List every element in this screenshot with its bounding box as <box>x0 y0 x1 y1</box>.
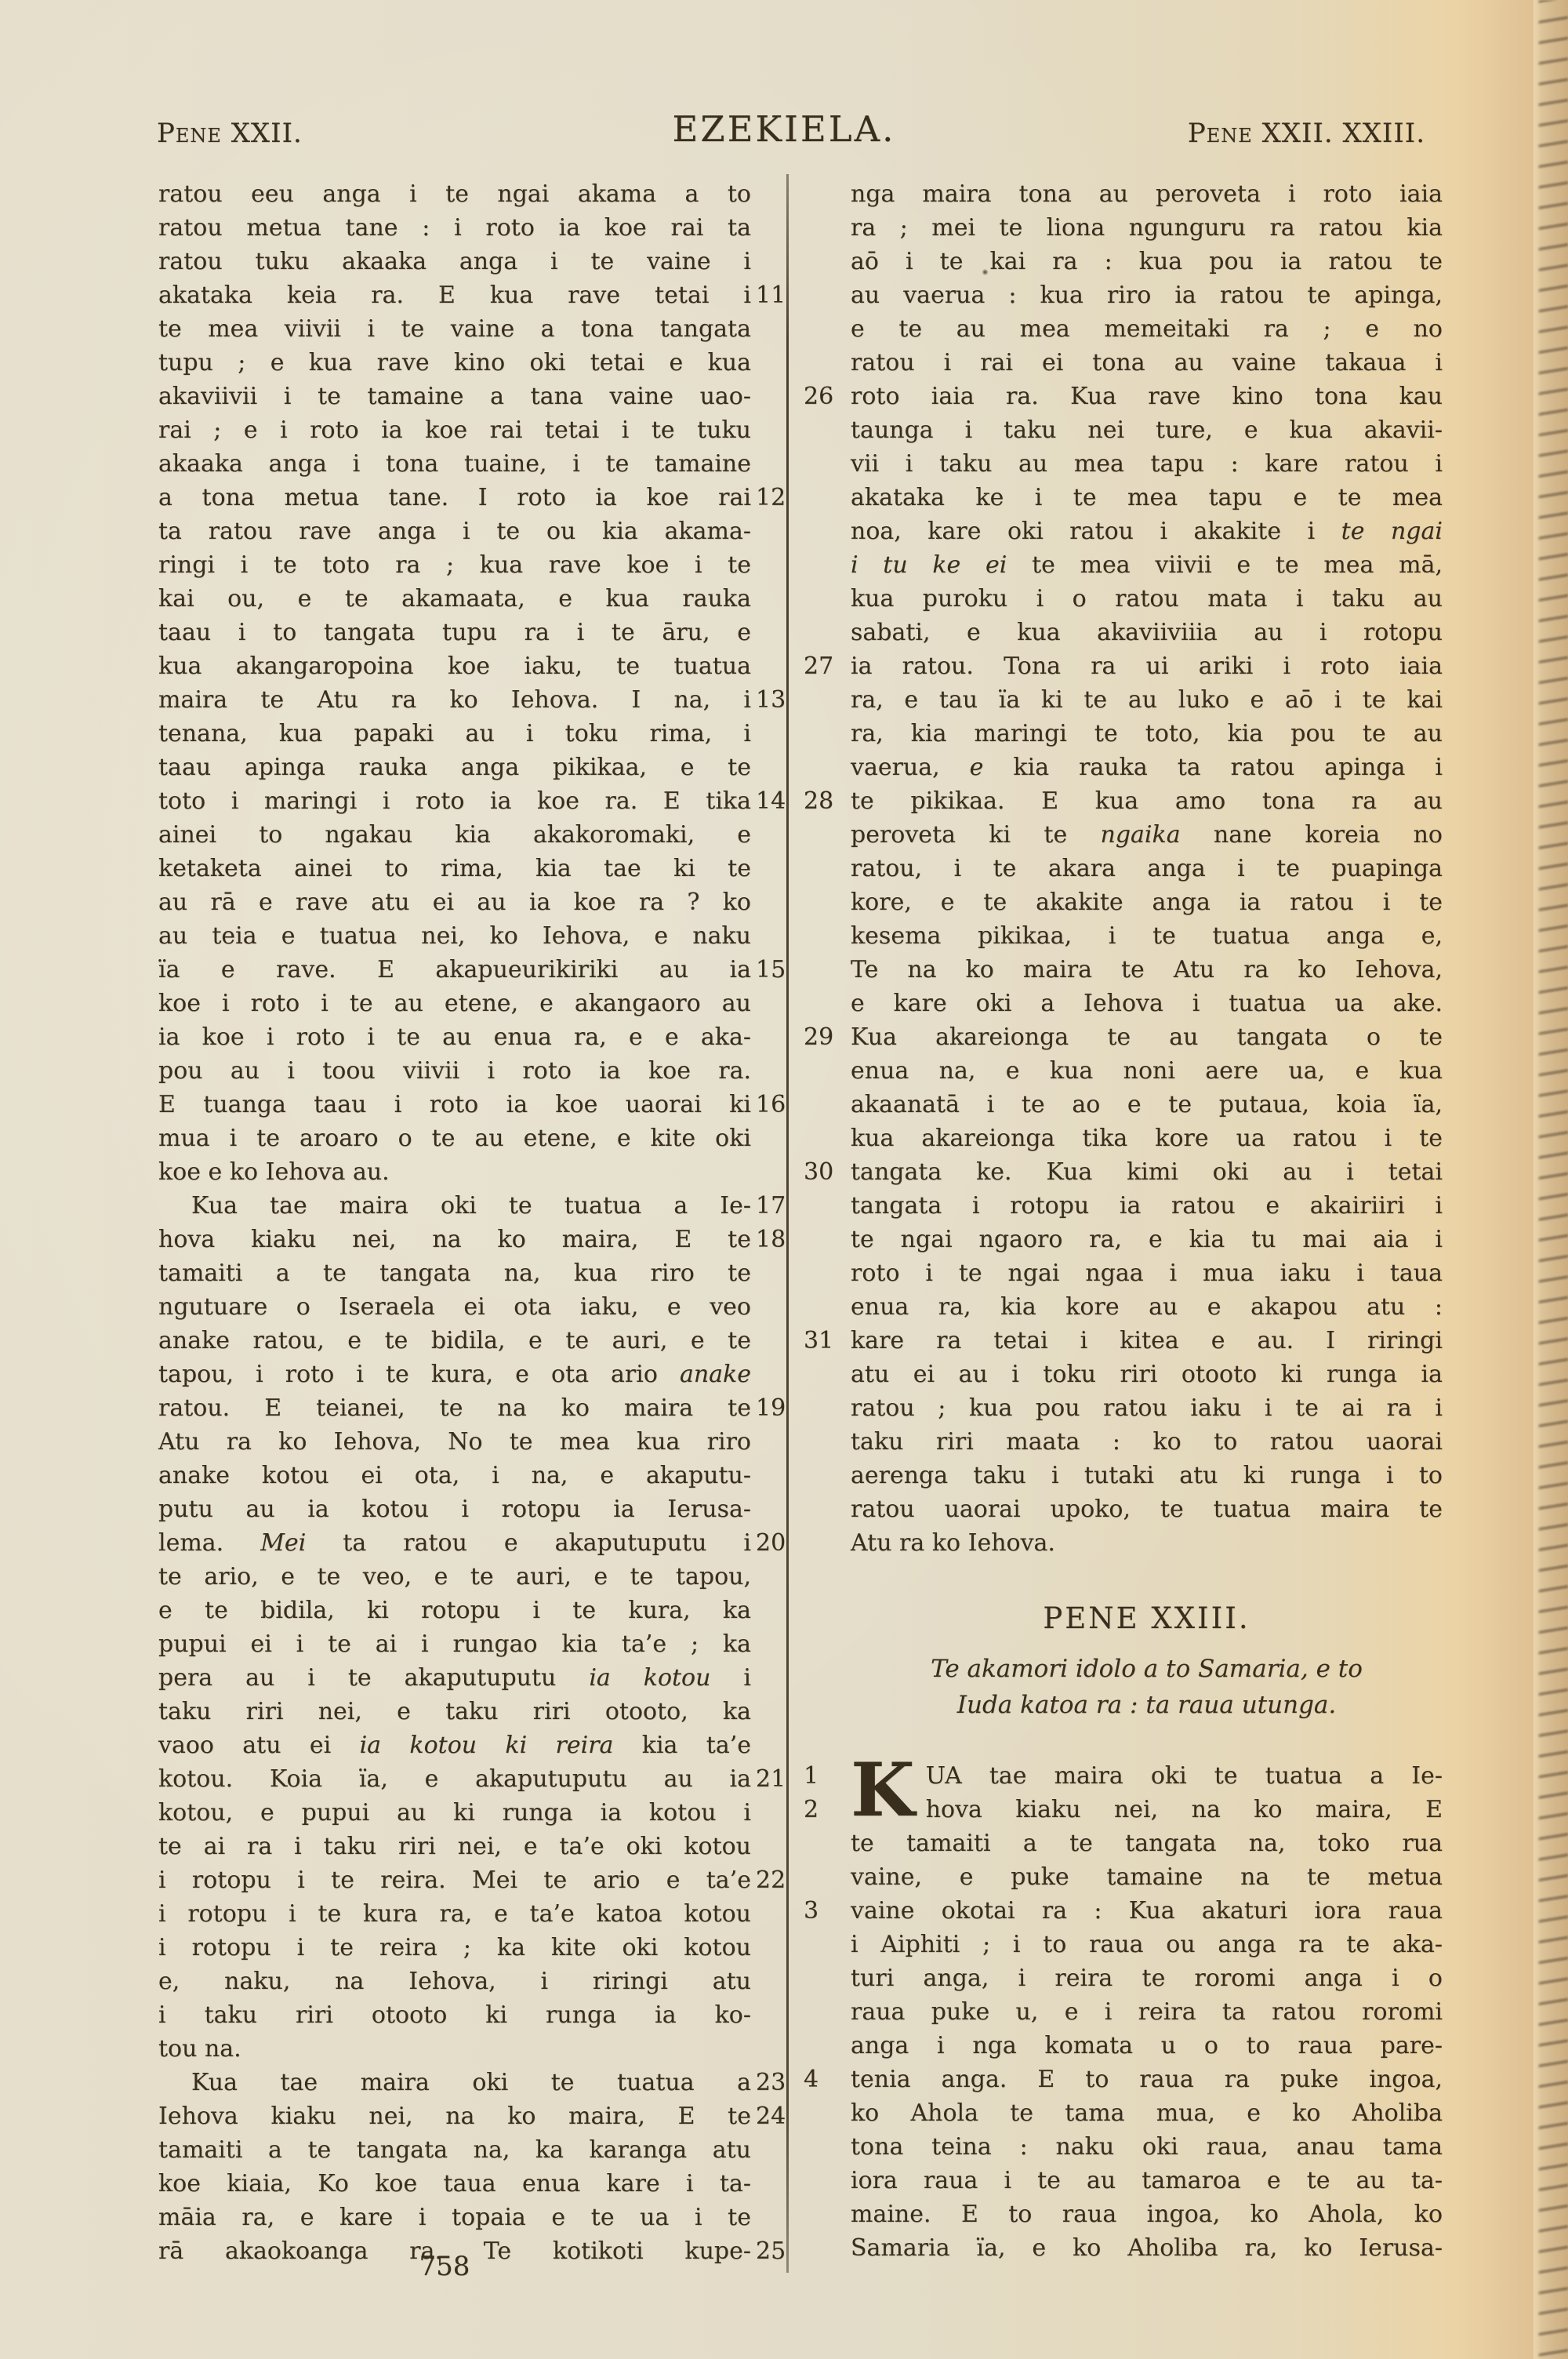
text-line-content: au rā e rave atu ei au ia koe ra ? ko <box>158 889 751 916</box>
text-line: roto i te ngai ngaa i mua iaku i taua <box>851 1256 1443 1290</box>
text-line-content: ratou. E teianei, te na ko maira te <box>158 1394 751 1422</box>
verse-number: 19 <box>756 1391 803 1425</box>
text-line: noa, kare oki ratou i akakite i te ngai <box>851 514 1443 548</box>
text-line-content: lema. Mei ta ratou e akaputuputu i <box>158 1529 751 1557</box>
text-line-content: pupui ei i te ai i rungao kia ta’e ; ka <box>158 1630 751 1658</box>
text-line-content: UA tae maira oki te tuatua a Ie- <box>926 1762 1443 1790</box>
text-line-content: raua puke u, e i reira ta ratou roromi <box>851 1998 1443 2026</box>
text-line-content: te pikikaa. E kua amo tona ra au <box>851 787 1443 815</box>
text-line: ratou ; kua pou ratou iaku i te ai ra i <box>851 1391 1443 1425</box>
text-line: ratou. E teianei, te na ko maira te19 <box>158 1391 751 1425</box>
text-line-content: anga i nga komata u o to raua pare- <box>851 2032 1443 2059</box>
text-line-content: sabati, e kua akaviiviiia au i rotopu <box>851 619 1443 646</box>
text-line-content: i tu ke ei te mea viivii e te mea mā, <box>851 551 1443 579</box>
verse-number: 18 <box>756 1223 803 1256</box>
text-line-content: anake ratou, e te bidila, e te auri, e t… <box>158 1327 751 1354</box>
text-line: enua ra, kia kore au e akapou atu : <box>851 1290 1443 1324</box>
verse-number: 28 <box>804 784 848 818</box>
verse-number: 4 <box>804 2063 848 2096</box>
text-line: māia ra, e kare i topaia e te ua i te <box>158 2201 751 2234</box>
text-line-content: e te au mea memeitaki ra ; e no <box>851 315 1443 343</box>
text-line: ra ; mei te liona ngunguru ra ratou kia <box>851 211 1443 245</box>
verse-number: 27 <box>804 649 848 683</box>
text-line: ta ratou rave anga i te ou kia akama- <box>158 514 751 548</box>
text-line-content: Atu ra ko Iehova, No te mea kua riro <box>158 1428 751 1456</box>
text-line-content: ratou eeu anga i te ngai akama a to <box>158 180 751 208</box>
text-line-content: kai ou, e te akamaata, e kua rauka <box>158 585 751 612</box>
verse-number: 15 <box>756 953 803 987</box>
text-line: tupu ; e kua rave kino oki tetai e kua <box>158 346 751 380</box>
page-number: 758 <box>419 2251 470 2282</box>
text-line: taunga i taku nei ture, e kua akavii- <box>851 413 1443 447</box>
text-line: roto iaia ra. Kua rave kino tona kau26 <box>851 380 1443 413</box>
verse-number: 23 <box>756 2066 803 2099</box>
text-line: vaoo atu ei ia kotou ki reira kia ta’e <box>158 1728 751 1762</box>
text-line: Iehova kiaku nei, na ko maira, E te24 <box>158 2099 751 2133</box>
text-line: i tu ke ei te mea viivii e te mea mā, <box>851 548 1443 582</box>
text-line: hova kiaku nei, na ko maira, E2 <box>851 1793 1443 1826</box>
verse-number: 25 <box>756 2234 803 2268</box>
text-line-content: toto i maringi i roto ia koe ra. E tika <box>158 787 751 815</box>
text-line-content: enua ra, kia kore au e akapou atu : <box>851 1293 1443 1321</box>
verse-number: 14 <box>756 784 803 818</box>
text-line: taau apinga rauka anga pikikaa, e te <box>158 751 751 784</box>
text-line-content: taau apinga rauka anga pikikaa, e te <box>158 754 751 781</box>
text-line-content: ra, kia maringi te toto, kia pou te au <box>851 720 1443 747</box>
text-line-content: au vaerua : kua riro ia ratou te apinga, <box>851 282 1443 309</box>
text-line-content: Te na ko maira te Atu ra ko Iehova, <box>851 956 1443 983</box>
text-line: a tona metua tane. I roto ia koe rai12 <box>158 481 751 514</box>
text-line-content: ra, e tau ïa ki te au luko e aō i te kai <box>851 686 1443 714</box>
text-line-content: vaoo atu ei ia kotou ki reira kia ta’e <box>158 1732 751 1759</box>
chapter-subtitle: Te akamori idolo a to Samaria, e toIuda … <box>851 1651 1443 1723</box>
text-line: tapou, i roto i te kura, e ota ario anak… <box>158 1358 751 1391</box>
text-line: nga maira tona au peroveta i roto iaia <box>851 177 1443 211</box>
text-line-content: noa, kare oki ratou i akakite i te ngai <box>851 518 1443 545</box>
text-line-content: te ngai ngaoro ra, e kia tu mai aia i <box>851 1226 1443 1253</box>
text-line: turi anga, i reira te roromi anga i o <box>851 1961 1443 1995</box>
text-line-content: Kua akareionga te au tangata o te <box>851 1023 1443 1051</box>
text-line-content: anake kotou ei ota, i na, e akaputu- <box>158 1462 751 1489</box>
text-line-content: Kua tae maira oki te tuatua a Ie- <box>158 1192 751 1219</box>
text-line: taau i to tangata tupu ra i te āru, e <box>158 616 751 649</box>
text-line-content: rai ; e i roto ia koe rai tetai i te tuk… <box>158 416 751 444</box>
text-line: aō i te kai ra : kua pou ia ratou te <box>851 245 1443 278</box>
text-line-content: tenana, kua papaki au i toku rima, i <box>158 720 751 747</box>
text-line-content: au teia e tuatua nei, ko Iehova, e naku <box>158 922 751 950</box>
running-head-right: Pene XXII. XXIII. <box>1188 118 1425 149</box>
verse-number: 11 <box>756 278 803 312</box>
text-line: anake kotou ei ota, i na, e akaputu- <box>158 1459 751 1492</box>
text-line-content: vaine okotai ra : Kua akaturi iora raua <box>851 1897 1443 1925</box>
book-fore-edge <box>1534 0 1568 2359</box>
text-line-content: kore, e te akakite anga ia ratou i te <box>851 889 1443 916</box>
text-line: te mea viivii i te vaine a tona tangata <box>158 312 751 346</box>
text-line: pou au i toou viivii i roto ia koe ra. <box>158 1054 751 1088</box>
text-line: i rotopu i te kura ra, e ta’e katoa koto… <box>158 1897 751 1931</box>
text-line: anga i nga komata u o to raua pare- <box>851 2029 1443 2063</box>
text-line-content: ratou tuku akaaka anga i te vaine i <box>158 248 751 275</box>
verse-number: 29 <box>804 1020 848 1054</box>
verse-number: 2 <box>804 1793 848 1826</box>
text-line-content: Iehova kiaku nei, na ko maira, E te <box>158 2103 751 2130</box>
text-line-content: vii i taku au mea tapu : kare ratou i <box>851 450 1443 478</box>
text-line: akaaka anga i tona tuaine, i te tamaine <box>158 447 751 481</box>
text-line: tamaiti a te tangata na, ka karanga atu <box>158 2133 751 2167</box>
text-line-content: e te bidila, ki rotopu i te kura, ka <box>158 1597 751 1624</box>
verse-number: 3 <box>804 1894 848 1928</box>
text-line-content: te ai ra i taku riri nei, e ta’e oki kot… <box>158 1833 751 1860</box>
text-line-content: tangata i rotopu ia ratou e akairiiri i <box>851 1192 1443 1219</box>
text-line: ketaketa ainei to rima, kia tae ki te <box>158 852 751 885</box>
text-line: au teia e tuatua nei, ko Iehova, e naku <box>158 919 751 953</box>
text-line: au rā e rave atu ei au ia koe ra ? ko <box>158 885 751 919</box>
text-line: Atu ra ko Iehova. <box>851 1526 1443 1560</box>
running-head-book-title: EZEKIELA. <box>673 108 896 150</box>
text-line-content: tangata ke. Kua kimi oki au i tetai <box>851 1158 1443 1186</box>
text-line: vaine, e puke tamaine na te metua <box>851 1860 1443 1894</box>
text-line: ia ratou. Tona ra ui ariki i roto iaia27 <box>851 649 1443 683</box>
text-line-content: kua akangaropoina koe iaku, te tuatua <box>158 652 751 680</box>
text-line-content: enua na, e kua noni aere ua, e kua <box>851 1057 1443 1085</box>
text-line: koe kiaia, Ko koe taua enua kare i ta- <box>158 2167 751 2201</box>
text-line-content: koe e ko Iehova au. <box>158 1158 390 1186</box>
text-line-content: kare ra tetai i kitea e au. I riringi <box>851 1327 1443 1354</box>
text-line-content: te tamaiti a te tangata na, toko rua <box>851 1830 1443 1857</box>
text-line: vaine okotai ra : Kua akaturi iora raua3 <box>851 1894 1443 1928</box>
text-line-content: putu au ia kotou i rotopu ia Ierusa- <box>158 1496 751 1523</box>
verse-number: 24 <box>756 2099 803 2133</box>
text-line: ko Ahola te tama mua, e ko Aholiba <box>851 2096 1443 2130</box>
text-line-content: maira te Atu ra ko Iehova. I na, i <box>158 686 751 714</box>
text-line-content: tamaiti a te tangata na, ka karanga atu <box>158 2136 751 2164</box>
text-line: au vaerua : kua riro ia ratou te apinga, <box>851 278 1443 312</box>
verse-number: 21 <box>756 1762 803 1796</box>
text-line: tangata i rotopu ia ratou e akairiiri i <box>851 1189 1443 1223</box>
text-line: te tamaiti a te tangata na, toko rua <box>851 1826 1443 1860</box>
text-line-content: taku riri maata : ko to ratou uaorai <box>851 1428 1443 1456</box>
text-line-content: tupu ; e kua rave kino oki tetai e kua <box>158 349 751 376</box>
text-line-content: i taku riri otooto ki runga ia ko- <box>158 2001 751 2029</box>
text-line: toto i maringi i roto ia koe ra. E tika1… <box>158 784 751 818</box>
text-line: kai ou, e te akamaata, e kua rauka <box>158 582 751 616</box>
text-line: i rotopu i te reira. Mei te ario e ta’e2… <box>158 1863 751 1897</box>
text-line-content: ratou, i te akara anga i te puapinga <box>851 855 1443 882</box>
text-line: koe e ko Iehova au. <box>158 1155 751 1189</box>
text-line-content: vaine, e puke tamaine na te metua <box>851 1863 1443 1891</box>
text-line: tou na. <box>158 2032 751 2066</box>
text-line: raua puke u, e i reira ta ratou roromi <box>851 1995 1443 2029</box>
text-line-content: akaanatā i te ao e te putaua, koia ïa, <box>851 1091 1443 1118</box>
text-line: te ngai ngaoro ra, e kia tu mai aia i <box>851 1223 1443 1256</box>
text-line: kotou, e pupui au ki runga ia kotou i <box>158 1796 751 1830</box>
text-line-content: aerenga taku i tutaki atu ki runga i to <box>851 1462 1443 1489</box>
text-line-content: i rotopu i te kura ra, e ta’e katoa koto… <box>158 1900 751 1928</box>
text-line-content: tenia anga. E to raua ra puke ingoa, <box>851 2066 1443 2093</box>
text-line-content: mua i te aroaro o te au etene, e kite ok… <box>158 1125 751 1152</box>
text-line-content: ko Ahola te tama mua, e ko Aholiba <box>851 2099 1443 2127</box>
text-line-content: vaerua, e kia rauka ta ratou apinga i <box>851 754 1443 781</box>
ink-speck <box>982 269 989 275</box>
text-line: i taku riri otooto ki runga ia ko- <box>158 1998 751 2032</box>
text-line-content: atu ei au i toku riri otooto ki runga ia <box>851 1361 1443 1388</box>
text-line-content: ïa e rave. E akapueurikiriki au ia <box>158 956 751 983</box>
text-line: vii i taku au mea tapu : kare ratou i <box>851 447 1443 481</box>
text-line: taku riri maata : ko to ratou uaorai <box>851 1425 1443 1459</box>
text-line: iora raua i te au tamaroa e te au ta- <box>851 2164 1443 2197</box>
text-line: Kua tae maira oki te tuatua a23 <box>158 2066 751 2099</box>
text-line: kotou. Koia ïa, e akaputuputu au ia21 <box>158 1762 751 1796</box>
text-line: kore, e te akakite anga ia ratou i te <box>851 885 1443 919</box>
text-line: putu au ia kotou i rotopu ia Ierusa- <box>158 1492 751 1526</box>
text-line: Kua tae maira oki te tuatua a Ie-17 <box>158 1189 751 1223</box>
text-line: E tuanga taau i roto ia koe uaorai ki16 <box>158 1088 751 1121</box>
verse-number: 12 <box>756 481 803 514</box>
text-line-content: ia ratou. Tona ra ui ariki i roto iaia <box>851 652 1443 680</box>
text-line: ngutuare o Iseraela ei ota iaku, e veo <box>158 1290 751 1324</box>
verse-number: 31 <box>804 1324 848 1358</box>
text-line: taku riri nei, e taku riri otooto, ka <box>158 1695 751 1728</box>
text-line: tenana, kua papaki au i toku rima, i <box>158 717 751 751</box>
text-line: ratou metua tane : i roto ia koe rai ta <box>158 211 751 245</box>
text-line: Samaria ïa, e ko Aholiba ra, ko Ierusa- <box>851 2231 1443 2265</box>
text-line: kesema pikikaa, i te tuatua anga e, <box>851 919 1443 953</box>
text-line-content: i rotopu i te reira. Mei te ario e ta’e <box>158 1866 751 1894</box>
text-line-content: i Aiphiti ; i to raua ou anga ra te aka- <box>851 1931 1443 1958</box>
text-line: Atu ra ko Iehova, No te mea kua riro <box>158 1425 751 1459</box>
text-line: sabati, e kua akaviiviiia au i rotopu <box>851 616 1443 649</box>
text-line: ratou i rai ei tona au vaine takaua i <box>851 346 1443 380</box>
text-line-content: a tona metua tane. I roto ia koe rai <box>158 484 751 511</box>
text-line: koe i roto i te au etene, e akangaoro au <box>158 987 751 1020</box>
text-line-content: ratou uaorai upoko, te tuatua maira te <box>851 1496 1443 1523</box>
text-line-content: akataka ke i te mea tapu e te mea <box>851 484 1443 511</box>
text-line-content: maine. E to raua ingoa, ko Ahola, ko <box>851 2201 1443 2228</box>
text-line: ratou uaorai upoko, te tuatua maira te <box>851 1492 1443 1526</box>
verse-number: 13 <box>756 683 803 717</box>
text-line-content: Kua tae maira oki te tuatua a <box>158 2069 751 2096</box>
text-line: kua akangaropoina koe iaku, te tuatua <box>158 649 751 683</box>
text-line-content: māia ra, e kare i topaia e te ua i te <box>158 2204 751 2231</box>
text-line: te ai ra i taku riri nei, e ta’e oki kot… <box>158 1830 751 1863</box>
text-line-content: Atu ra ko Iehova. <box>851 1529 1055 1557</box>
text-line-content: hova kiaku nei, na ko maira, E <box>926 1796 1443 1823</box>
text-line-content: turi anga, i reira te roromi anga i o <box>851 1965 1443 1992</box>
text-line-content: kua puroku i o ratou mata i taku au <box>851 585 1443 612</box>
text-line-content: roto iaia ra. Kua rave kino tona kau <box>851 383 1443 410</box>
text-line: peroveta ki te ngaika nane koreia no <box>851 818 1443 852</box>
scanned-book-page: { "header": { "left": "Pene XXII.", "cen… <box>0 0 1568 2359</box>
text-line: e te bidila, ki rotopu i te kura, ka <box>158 1594 751 1627</box>
text-line: maine. E to raua ingoa, ko Ahola, ko <box>851 2197 1443 2231</box>
text-line-content: kesema pikikaa, i te tuatua anga e, <box>851 922 1443 950</box>
text-line-content: taau i to tangata tupu ra i te āru, e <box>158 619 751 646</box>
text-line-content: aō i te kai ra : kua pou ia ratou te <box>851 248 1443 275</box>
text-line-content: kua akareionga tika kore ua ratou i te <box>851 1125 1443 1152</box>
chapter-subtitle-line: Iuda katoa ra : ta raua utunga. <box>851 1687 1443 1723</box>
chapter-opening-paragraph: KUA tae maira oki te tuatua a Ie-1hova k… <box>851 1759 1443 2265</box>
verse-number: 17 <box>756 1189 803 1223</box>
text-line: mua i te aroaro o te au etene, e kite ok… <box>158 1121 751 1155</box>
text-line-content: Samaria ïa, e ko Aholiba ra, ko Ierusa- <box>851 2234 1443 2262</box>
text-line: kua akareionga tika kore ua ratou i te <box>851 1121 1443 1155</box>
text-line-content: iora raua i te au tamaroa e te au ta- <box>851 2167 1443 2194</box>
text-line: kua puroku i o ratou mata i taku au <box>851 582 1443 616</box>
text-line: pera au i te akaputuputu ia kotou i <box>158 1661 751 1695</box>
text-line-content: ainei to ngakau kia akakoromaki, e <box>158 821 751 849</box>
text-line: Te na ko maira te Atu ra ko Iehova, <box>851 953 1443 987</box>
text-line-content: i rotopu i te reira ; ka kite oki kotou <box>158 1934 751 1961</box>
text-line: Kua akareionga te au tangata o te29 <box>851 1020 1443 1054</box>
text-line: e, naku, na Iehova, i riringi atu <box>158 1965 751 1998</box>
verse-number: 20 <box>756 1526 803 1560</box>
text-line: te pikikaa. E kua amo tona ra au28 <box>851 784 1443 818</box>
text-column-right: nga maira tona au peroveta i roto iaiara… <box>851 177 1443 2265</box>
text-line: akaviivii i te tamaine a tana vaine uao- <box>158 380 751 413</box>
text-line: atu ei au i toku riri otooto ki runga ia <box>851 1358 1443 1391</box>
text-line: ainei to ngakau kia akakoromaki, e <box>158 818 751 852</box>
text-line: ratou tuku akaaka anga i te vaine i <box>158 245 751 278</box>
text-line-content: akataka keia ra. E kua rave tetai i <box>158 282 751 309</box>
text-line-content: ta ratou rave anga i te ou kia akama- <box>158 518 751 545</box>
text-line-content: kotou. Koia ïa, e akaputuputu au ia <box>158 1765 751 1793</box>
text-line: i rotopu i te reira ; ka kite oki kotou <box>158 1931 751 1965</box>
text-line-content: ratou metua tane : i roto ia koe rai ta <box>158 214 751 242</box>
text-line-content: e kare oki a Iehova i tuatua ua ake. <box>851 990 1443 1017</box>
text-line-content: ratou ; kua pou ratou iaku i te ai ra i <box>851 1394 1443 1422</box>
text-line: rai ; e i roto ia koe rai tetai i te tuk… <box>158 413 751 447</box>
text-line-content: e, naku, na Iehova, i riringi atu <box>158 1968 751 1995</box>
text-line: kare ra tetai i kitea e au. I riringi31 <box>851 1324 1443 1358</box>
verse-number: 26 <box>804 380 848 413</box>
text-line-content: tona teina : naku oki raua, anau tama <box>851 2133 1443 2161</box>
text-line-content: tou na. <box>158 2035 241 2063</box>
text-line-content: ratou i rai ei tona au vaine takaua i <box>851 349 1443 376</box>
text-line: e te au mea memeitaki ra ; e no <box>851 312 1443 346</box>
text-line-content: koe i roto i te au etene, e akangaoro au <box>158 990 751 1017</box>
chapter-heading: PENE XXIII. <box>851 1602 1443 1635</box>
text-line-content: ra ; mei te liona ngunguru ra ratou kia <box>851 214 1443 242</box>
text-line: ïa e rave. E akapueurikiriki au ia15 <box>158 953 751 987</box>
text-line-content: ia koe i roto i te au enua ra, e e aka- <box>158 1023 751 1051</box>
running-head-left: Pene XXII. <box>157 118 303 149</box>
text-line-content: akaviivii i te tamaine a tana vaine uao- <box>158 383 751 410</box>
text-line: tona teina : naku oki raua, anau tama <box>851 2130 1443 2164</box>
text-line-content: roto i te ngai ngaa i mua iaku i taua <box>851 1259 1443 1287</box>
text-line: akataka keia ra. E kua rave tetai i11 <box>158 278 751 312</box>
text-line: ra, e tau ïa ki te au luko e aō i te kai <box>851 683 1443 717</box>
text-line-content: tamaiti a te tangata na, kua riro te <box>158 1259 751 1287</box>
text-line: tenia anga. E to raua ra puke ingoa,4 <box>851 2063 1443 2096</box>
text-line: lema. Mei ta ratou e akaputuputu i20 <box>158 1526 751 1560</box>
text-line: ratou eeu anga i te ngai akama a to <box>158 177 751 211</box>
text-line: ringi i te toto ra ; kua rave koe i te <box>158 548 751 582</box>
text-line-content: nga maira tona au peroveta i roto iaia <box>851 180 1443 208</box>
text-line: ratou, i te akara anga i te puapinga <box>851 852 1443 885</box>
verse-number: 16 <box>756 1088 803 1121</box>
text-line-content: ngutuare o Iseraela ei ota iaku, e veo <box>158 1293 751 1321</box>
text-line: i Aiphiti ; i to raua ou anga ra te aka- <box>851 1928 1443 1961</box>
text-line-content: ringi i te toto ra ; kua rave koe i te <box>158 551 751 579</box>
text-line: tamaiti a te tangata na, kua riro te <box>158 1256 751 1290</box>
verse-number: 30 <box>804 1155 848 1189</box>
text-column-left: ratou eeu anga i te ngai akama a toratou… <box>158 177 751 2268</box>
text-line: akaanatā i te ao e te putaua, koia ïa, <box>851 1088 1443 1121</box>
text-line-content: E tuanga taau i roto ia koe uaorai ki <box>158 1091 751 1118</box>
chapter-subtitle-line: Te akamori idolo a to Samaria, e to <box>851 1651 1443 1687</box>
text-line-content: akaaka anga i tona tuaine, i te tamaine <box>158 450 751 478</box>
text-line: ra, kia maringi te toto, kia pou te au <box>851 717 1443 751</box>
text-line: akataka ke i te mea tapu e te mea <box>851 481 1443 514</box>
text-line: te ario, e te veo, e te auri, e te tapou… <box>158 1560 751 1594</box>
verse-number: 22 <box>756 1863 803 1897</box>
text-line-content: koe kiaia, Ko koe taua enua kare i ta- <box>158 2170 751 2197</box>
text-line-content: pou au i toou viivii i roto ia koe ra. <box>158 1057 751 1085</box>
text-line-content: taku riri nei, e taku riri otooto, ka <box>158 1698 751 1725</box>
text-line: tangata ke. Kua kimi oki au i tetai30 <box>851 1155 1443 1189</box>
text-line-content: te mea viivii i te vaine a tona tangata <box>158 315 751 343</box>
verse-number: 1 <box>804 1759 848 1793</box>
text-line: ia koe i roto i te au enua ra, e e aka- <box>158 1020 751 1054</box>
text-line-content: peroveta ki te ngaika nane koreia no <box>851 821 1443 849</box>
text-line: pupui ei i te ai i rungao kia ta’e ; ka <box>158 1627 751 1661</box>
text-line: hova kiaku nei, na ko maira, E te18 <box>158 1223 751 1256</box>
text-line: enua na, e kua noni aere ua, e kua <box>851 1054 1443 1088</box>
text-line: aerenga taku i tutaki atu ki runga i to <box>851 1459 1443 1492</box>
text-line: e kare oki a Iehova i tuatua ua ake. <box>851 987 1443 1020</box>
text-line-content: hova kiaku nei, na ko maira, E te <box>158 1226 751 1253</box>
text-line-content: taunga i taku nei ture, e kua akavii- <box>851 416 1443 444</box>
text-line: maira te Atu ra ko Iehova. I na, i13 <box>158 683 751 717</box>
text-line: UA tae maira oki te tuatua a Ie-1 <box>851 1759 1443 1793</box>
text-line-content: ketaketa ainei to rima, kia tae ki te <box>158 855 751 882</box>
text-line: vaerua, e kia rauka ta ratou apinga i <box>851 751 1443 784</box>
text-line-content: te ario, e te veo, e te auri, e te tapou… <box>158 1563 751 1590</box>
text-line-content: kotou, e pupui au ki runga ia kotou i <box>158 1799 751 1826</box>
text-line-content: tapou, i roto i te kura, e ota ario anak… <box>158 1361 751 1388</box>
text-line: anake ratou, e te bidila, e te auri, e t… <box>158 1324 751 1358</box>
text-line-content: pera au i te akaputuputu ia kotou i <box>158 1664 751 1692</box>
